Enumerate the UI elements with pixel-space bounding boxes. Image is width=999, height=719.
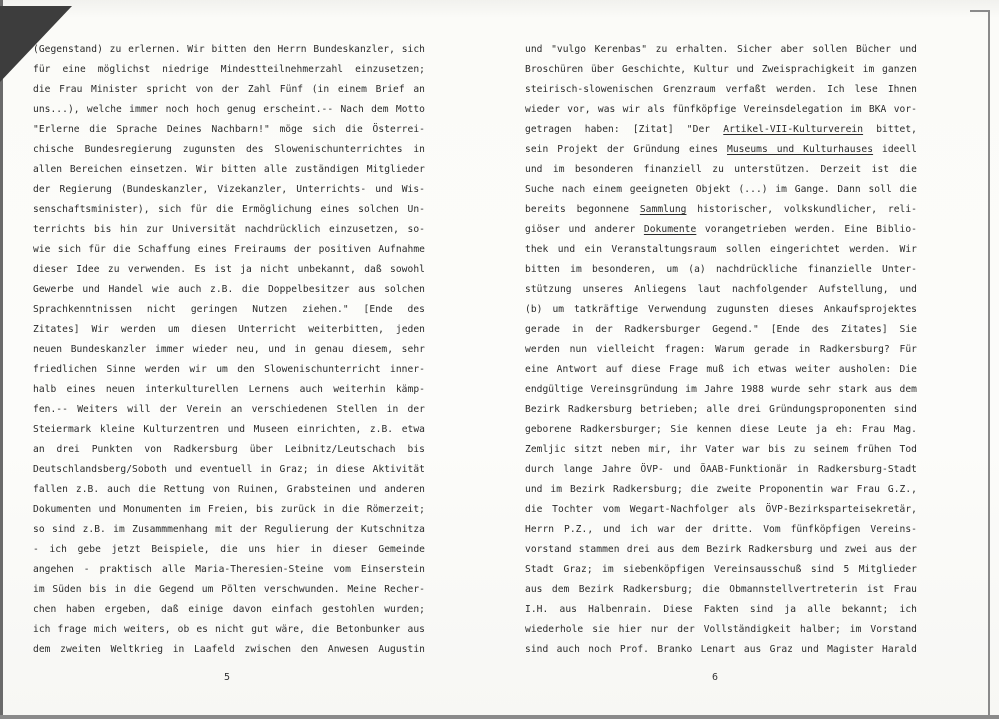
text-segment: Herrn P.Z., und ich war der dritte. Vom … xyxy=(525,524,917,535)
text-line: uns...), welche immer noch hoch genug er… xyxy=(33,100,425,120)
text-segment: historischer, volkskundlicher, reli- xyxy=(686,204,917,215)
text-line: senschaftsminister), sich für die Ermögl… xyxy=(33,200,425,220)
text-segment: sein Projekt der Gründung eines xyxy=(525,144,727,155)
text-segment: aus dem Bezirk Radkersburg; die Obmannst… xyxy=(525,584,917,595)
text-line: halb eines neuen interkulturellen Lernen… xyxy=(33,380,425,400)
text-line: wie sich für die Schaffung eines Freirau… xyxy=(33,240,425,260)
scan-left-edge xyxy=(0,0,3,719)
scan-bottom-edge xyxy=(0,715,999,719)
text-line: der Regierung (Bundeskanzler, Vizekanzle… xyxy=(33,180,425,200)
text-line: ich frage mich weiters, ob es nicht gut … xyxy=(33,620,425,640)
text-segment: I.H. aus Halbenrain. Diese Fakten sind j… xyxy=(525,604,917,615)
text-line: aus dem Bezirk Radkersburg; die Obmannst… xyxy=(525,580,917,600)
text-line: (Gegenstand) zu erlernen. Wir bitten den… xyxy=(33,40,425,60)
text-segment: Zemljic sitzt neben mir, ihr Vater war b… xyxy=(525,444,917,455)
text-segment: bereits begonnene xyxy=(525,204,640,215)
text-line: Herrn P.Z., und ich war der dritte. Vom … xyxy=(525,520,917,540)
text-segment: werden nun vielleicht fragen: Warum gera… xyxy=(525,344,917,355)
text-line: bereits begonnene Sammlung historischer,… xyxy=(525,200,917,220)
text-segment: und "vulgo Kerenbas" zu erhalten. Sicher… xyxy=(525,44,917,55)
text-segment: endgültige Vereinsgründung im Jahre 1988… xyxy=(525,384,917,395)
text-line: wieder vor, was wir als fünfköpfige Vere… xyxy=(525,100,917,120)
text-segment: vorstand stammen drei aus dem Bezirk Rad… xyxy=(525,544,917,555)
text-segment: (b) um tatkräftige Verwendung zugunsten … xyxy=(525,304,917,315)
text-line: - ich gebe jetzt Beispiele, die uns hier… xyxy=(33,540,425,560)
text-line: im Süden bis in die Gegend um Pölten ver… xyxy=(33,580,425,600)
text-segment: Suche nach einem geeigneten Objekt (...)… xyxy=(525,184,917,195)
text-line: dieser Idee zu verwenden. Es ist ja nich… xyxy=(33,260,425,280)
text-segment: ideell xyxy=(873,144,917,155)
text-line: allen Bereichen einsetzen. Wir bitten al… xyxy=(33,160,425,180)
underlined-term: Sammlung xyxy=(640,204,687,215)
text-segment: die Tochter vom Wegart-Nachfolger als ÖV… xyxy=(525,504,917,515)
text-line: die Tochter vom Wegart-Nachfolger als ÖV… xyxy=(525,500,917,520)
text-line: (b) um tatkräftige Verwendung zugunsten … xyxy=(525,300,917,320)
text-segment: vorangetrieben werden. Eine Biblio- xyxy=(696,224,917,235)
page-number-left: 5 xyxy=(224,672,230,683)
page-edge-bracket xyxy=(970,10,990,719)
text-line: dem zweiten Weltkrieg in Laafeld zwische… xyxy=(33,640,425,660)
text-segment: wieder vor, was wir als fünfköpfige Vere… xyxy=(525,104,917,115)
text-line: Suche nach einem geeigneten Objekt (...)… xyxy=(525,180,917,200)
text-line: Stadt Graz; im siebenköpfigen Vereinsaus… xyxy=(525,560,917,580)
page-number-right: 6 xyxy=(712,672,718,683)
text-line: eine Antwort auf diese Frage muß ich etw… xyxy=(525,360,917,380)
text-segment: steirisch-slowenischen Grenzraum verfaßt… xyxy=(525,84,917,95)
text-segment: stützung unseres Anliegens laut nachfolg… xyxy=(525,284,917,295)
text-line: Broschüren über Geschichte, Kultur und Z… xyxy=(525,60,917,80)
text-line: chische Bundesregierung zugunsten des Sl… xyxy=(33,140,425,160)
text-line: werden nun vielleicht fragen: Warum gera… xyxy=(525,340,917,360)
text-line: Sprachkenntnissen nicht geringen Nutzen … xyxy=(33,300,425,320)
text-segment: gerade in der Radkersburger Gegend." [En… xyxy=(525,324,917,335)
text-segment: giöser und anderer xyxy=(525,224,644,235)
text-line: und im besonderen finanziell zu unterstü… xyxy=(525,160,917,180)
text-line: Bezirk Radkersburg betrieben; alle drei … xyxy=(525,400,917,420)
text-line: steirisch-slowenischen Grenzraum verfaßt… xyxy=(525,80,917,100)
text-line: fallen z.B. auch die Rettung von Ruinen,… xyxy=(33,480,425,500)
text-line: Zitates] Wir werden um diesen Unterricht… xyxy=(33,320,425,340)
text-segment: bittet, xyxy=(863,124,917,135)
text-line: endgültige Vereinsgründung im Jahre 1988… xyxy=(525,380,917,400)
text-line: friedlichen Sinne werden wir um den Slow… xyxy=(33,360,425,380)
text-line: Steiermark kleine Kulturzentren und Muse… xyxy=(33,420,425,440)
text-line: so sind z.B. im Zusammmenhang mit der Re… xyxy=(33,520,425,540)
left-page: (Gegenstand) zu erlernen. Wir bitten den… xyxy=(33,40,425,660)
underlined-term: Museums und Kulturhauses xyxy=(727,144,873,155)
text-segment: Stadt Graz; im siebenköpfigen Vereinsaus… xyxy=(525,564,917,575)
text-line: angehen - praktisch alle Maria-Theresien… xyxy=(33,560,425,580)
text-line: giöser und anderer Dokumente vorangetrie… xyxy=(525,220,917,240)
text-line: und "vulgo Kerenbas" zu erhalten. Sicher… xyxy=(525,40,917,60)
text-line: Dokumenten und Monumenten im Freien, bis… xyxy=(33,500,425,520)
text-segment: sind auch noch Prof. Branko Lenart aus G… xyxy=(525,644,917,655)
text-segment: durch lange Jahre ÖVP- und ÖAAB-Funktion… xyxy=(525,464,917,475)
text-line: wiederhole sie hier nur der Vollständigk… xyxy=(525,620,917,640)
text-line: vorstand stammen drei aus dem Bezirk Rad… xyxy=(525,540,917,560)
text-segment: eine Antwort auf diese Frage muß ich etw… xyxy=(525,364,917,375)
text-line: fen.-- Weiters will der Verein an versch… xyxy=(33,400,425,420)
text-segment: Broschüren über Geschichte, Kultur und Z… xyxy=(525,64,917,75)
text-line: Deutschlandsberg/Soboth und eventuell in… xyxy=(33,460,425,480)
underlined-term: Dokumente xyxy=(644,224,696,235)
text-segment: bitten im besonderen, um (a) nachdrückli… xyxy=(525,264,917,275)
text-segment: getragen haben: [Zitat] "Der xyxy=(525,124,723,135)
text-line: geborene Radkersburger; Sie kennen diese… xyxy=(525,420,917,440)
right-page: und "vulgo Kerenbas" zu erhalten. Sicher… xyxy=(525,40,917,660)
text-line: thek und ein Veranstaltungsraum sollen e… xyxy=(525,240,917,260)
text-segment: wiederhole sie hier nur der Vollständigk… xyxy=(525,624,917,635)
text-line: sind auch noch Prof. Branko Lenart aus G… xyxy=(525,640,917,660)
text-line: Zemljic sitzt neben mir, ihr Vater war b… xyxy=(525,440,917,460)
text-line: die Frau Minister spricht von der Zahl F… xyxy=(33,80,425,100)
text-line: an drei Punkten von Radkersburg über Lei… xyxy=(33,440,425,460)
text-line: gerade in der Radkersburger Gegend." [En… xyxy=(525,320,917,340)
text-line: Gewerbe und Handel wie auch z.B. die Dop… xyxy=(33,280,425,300)
text-line: "Erlerne die Sprache Deines Nachbarn!" m… xyxy=(33,120,425,140)
text-segment: und im besonderen finanziell zu unterstü… xyxy=(525,164,917,175)
text-segment: Bezirk Radkersburg betrieben; alle drei … xyxy=(525,404,917,415)
text-line: I.H. aus Halbenrain. Diese Fakten sind j… xyxy=(525,600,917,620)
text-line: neuen Bundeskanzler immer wieder neu, un… xyxy=(33,340,425,360)
text-line: chen haben ergeben, daß einige davon ein… xyxy=(33,600,425,620)
text-line: durch lange Jahre ÖVP- und ÖAAB-Funktion… xyxy=(525,460,917,480)
text-line: getragen haben: [Zitat] "Der Artikel-VII… xyxy=(525,120,917,140)
text-line: für eine möglichst niedrige Mindestteiln… xyxy=(33,60,425,80)
underlined-term: Artikel-VII-Kulturverein xyxy=(723,124,863,135)
text-line: und im Bezirk Radkersburg; die zweite Pr… xyxy=(525,480,917,500)
text-line: sein Projekt der Gründung eines Museums … xyxy=(525,140,917,160)
text-segment: und im Bezirk Radkersburg; die zweite Pr… xyxy=(525,484,917,495)
text-segment: geborene Radkersburger; Sie kennen diese… xyxy=(525,424,917,435)
text-line: stützung unseres Anliegens laut nachfolg… xyxy=(525,280,917,300)
text-line: bitten im besonderen, um (a) nachdrückli… xyxy=(525,260,917,280)
text-line: terrichts bis hin zur Universität nachdr… xyxy=(33,220,425,240)
text-segment: thek und ein Veranstaltungsraum sollen e… xyxy=(525,244,917,255)
